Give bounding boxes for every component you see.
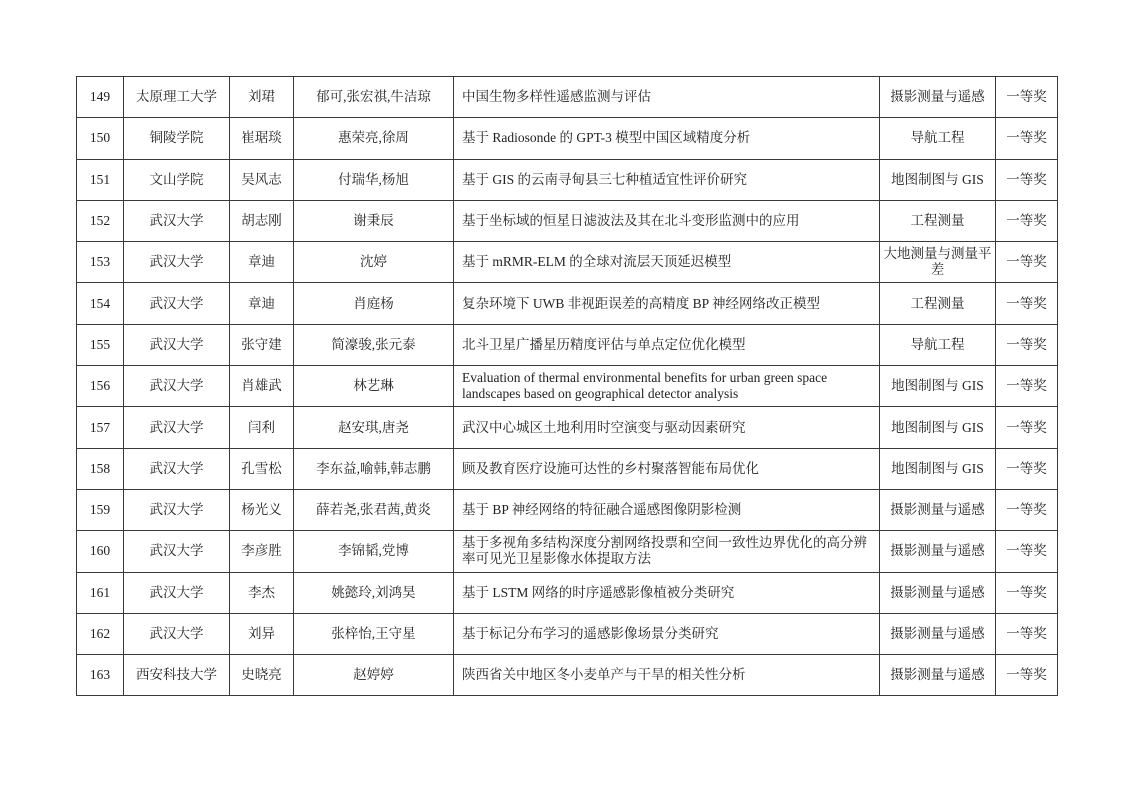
project-title: 基于 mRMR-ELM 的全球对流层天顶延迟模型: [454, 242, 880, 283]
row-number: 155: [77, 324, 124, 365]
team-members: 李锦韬,党博: [294, 531, 454, 572]
award-level: 一等奖: [996, 200, 1058, 241]
project-title: 基于标记分布学习的遥感影像场景分类研究: [454, 613, 880, 654]
award-level: 一等奖: [996, 77, 1058, 118]
advisor: 吴风志: [230, 159, 294, 200]
advisor: 孔雪松: [230, 448, 294, 489]
category: 导航工程: [880, 118, 996, 159]
row-number: 160: [77, 531, 124, 572]
category: 大地测量与测量平差: [880, 242, 996, 283]
document-page: 149 太原理工大学 刘珺 郁可,张宏祺,牛洁琼 中国生物多样性遥感监测与评估 …: [0, 0, 1123, 794]
team-members: 张梓怡,王守星: [294, 613, 454, 654]
team-members: 郁可,张宏祺,牛洁琼: [294, 77, 454, 118]
table-row: 161 武汉大学 李杰 姚懿玲,刘鸿昊 基于 LSTM 网络的时序遥感影像植被分…: [77, 572, 1058, 613]
advisor: 刘异: [230, 613, 294, 654]
project-title: 基于多视角多结构深度分割网络投票和空间一致性边界优化的高分辨率可见光卫星影像水体…: [454, 531, 880, 572]
school: 西安科技大学: [124, 655, 230, 696]
team-members: 赵安琪,唐尧: [294, 407, 454, 448]
row-number: 150: [77, 118, 124, 159]
row-number: 153: [77, 242, 124, 283]
award-level: 一等奖: [996, 489, 1058, 530]
category: 导航工程: [880, 324, 996, 365]
row-number: 161: [77, 572, 124, 613]
team-members: 简濠骏,张元泰: [294, 324, 454, 365]
advisor: 章迪: [230, 283, 294, 324]
category: 地图制图与 GIS: [880, 448, 996, 489]
advisor: 闫利: [230, 407, 294, 448]
award-level: 一等奖: [996, 324, 1058, 365]
school: 武汉大学: [124, 283, 230, 324]
table-row: 162 武汉大学 刘异 张梓怡,王守星 基于标记分布学习的遥感影像场景分类研究 …: [77, 613, 1058, 654]
school: 武汉大学: [124, 613, 230, 654]
row-number: 149: [77, 77, 124, 118]
advisor: 李杰: [230, 572, 294, 613]
advisor: 章迪: [230, 242, 294, 283]
project-title: 基于 BP 神经网络的特征融合遥感图像阴影检测: [454, 489, 880, 530]
project-title: 基于 GIS 的云南寻甸县三七种植适宜性评价研究: [454, 159, 880, 200]
table-row: 157 武汉大学 闫利 赵安琪,唐尧 武汉中心城区土地利用时空演变与驱动因素研究…: [77, 407, 1058, 448]
school: 武汉大学: [124, 572, 230, 613]
team-members: 姚懿玲,刘鸿昊: [294, 572, 454, 613]
award-level: 一等奖: [996, 572, 1058, 613]
award-level: 一等奖: [996, 655, 1058, 696]
team-members: 赵婷婷: [294, 655, 454, 696]
award-level: 一等奖: [996, 448, 1058, 489]
award-level: 一等奖: [996, 159, 1058, 200]
school: 武汉大学: [124, 407, 230, 448]
team-members: 肖庭杨: [294, 283, 454, 324]
school: 武汉大学: [124, 324, 230, 365]
school: 太原理工大学: [124, 77, 230, 118]
project-title: 武汉中心城区土地利用时空演变与驱动因素研究: [454, 407, 880, 448]
award-level: 一等奖: [996, 613, 1058, 654]
team-members: 谢秉辰: [294, 200, 454, 241]
award-level: 一等奖: [996, 407, 1058, 448]
category: 地图制图与 GIS: [880, 159, 996, 200]
advisor: 肖雄武: [230, 366, 294, 407]
award-level: 一等奖: [996, 366, 1058, 407]
table-row: 160 武汉大学 李彦胜 李锦韬,党博 基于多视角多结构深度分割网络投票和空间一…: [77, 531, 1058, 572]
row-number: 157: [77, 407, 124, 448]
award-level: 一等奖: [996, 242, 1058, 283]
school: 铜陵学院: [124, 118, 230, 159]
category: 工程测量: [880, 283, 996, 324]
school: 武汉大学: [124, 448, 230, 489]
category: 地图制图与 GIS: [880, 407, 996, 448]
project-title: 基于坐标域的恒星日滤波法及其在北斗变形监测中的应用: [454, 200, 880, 241]
category: 摄影测量与遥感: [880, 613, 996, 654]
category: 摄影测量与遥感: [880, 531, 996, 572]
table-row: 156 武汉大学 肖雄武 林艺琳 Evaluation of thermal e…: [77, 366, 1058, 407]
school: 武汉大学: [124, 531, 230, 572]
table-row: 155 武汉大学 张守建 简濠骏,张元泰 北斗卫星广播星历精度评估与单点定位优化…: [77, 324, 1058, 365]
category: 摄影测量与遥感: [880, 572, 996, 613]
team-members: 惠荣亮,徐周: [294, 118, 454, 159]
advisor: 张守建: [230, 324, 294, 365]
advisor: 杨光义: [230, 489, 294, 530]
table-row: 159 武汉大学 杨光义 薛若尧,张君茜,黄炎 基于 BP 神经网络的特征融合遥…: [77, 489, 1058, 530]
category: 工程测量: [880, 200, 996, 241]
advisor: 崔琚琰: [230, 118, 294, 159]
category: 摄影测量与遥感: [880, 655, 996, 696]
school: 文山学院: [124, 159, 230, 200]
row-number: 151: [77, 159, 124, 200]
project-title: 顾及教育医疗设施可达性的乡村聚落智能布局优化: [454, 448, 880, 489]
team-members: 沈婷: [294, 242, 454, 283]
school: 武汉大学: [124, 242, 230, 283]
row-number: 152: [77, 200, 124, 241]
table-row: 163 西安科技大学 史晓亮 赵婷婷 陕西省关中地区冬小麦单产与干旱的相关性分析…: [77, 655, 1058, 696]
table-row: 153 武汉大学 章迪 沈婷 基于 mRMR-ELM 的全球对流层天顶延迟模型 …: [77, 242, 1058, 283]
table-row: 149 太原理工大学 刘珺 郁可,张宏祺,牛洁琼 中国生物多样性遥感监测与评估 …: [77, 77, 1058, 118]
project-title: 北斗卫星广播星历精度评估与单点定位优化模型: [454, 324, 880, 365]
award-level: 一等奖: [996, 283, 1058, 324]
award-level: 一等奖: [996, 118, 1058, 159]
advisor: 李彦胜: [230, 531, 294, 572]
row-number: 156: [77, 366, 124, 407]
advisor: 史晓亮: [230, 655, 294, 696]
project-title: 陕西省关中地区冬小麦单产与干旱的相关性分析: [454, 655, 880, 696]
team-members: 李东益,喻韩,韩志鹏: [294, 448, 454, 489]
awards-table: 149 太原理工大学 刘珺 郁可,张宏祺,牛洁琼 中国生物多样性遥感监测与评估 …: [76, 76, 1058, 696]
table-row: 158 武汉大学 孔雪松 李东益,喻韩,韩志鹏 顾及教育医疗设施可达性的乡村聚落…: [77, 448, 1058, 489]
category: 地图制图与 GIS: [880, 366, 996, 407]
table-row: 154 武汉大学 章迪 肖庭杨 复杂环境下 UWB 非视距误差的高精度 BP 神…: [77, 283, 1058, 324]
advisor: 胡志刚: [230, 200, 294, 241]
table-row: 151 文山学院 吴风志 付瑞华,杨旭 基于 GIS 的云南寻甸县三七种植适宜性…: [77, 159, 1058, 200]
school: 武汉大学: [124, 200, 230, 241]
project-title: 复杂环境下 UWB 非视距误差的高精度 BP 神经网络改正模型: [454, 283, 880, 324]
team-members: 薛若尧,张君茜,黄炎: [294, 489, 454, 530]
row-number: 158: [77, 448, 124, 489]
project-title: 基于 LSTM 网络的时序遥感影像植被分类研究: [454, 572, 880, 613]
table-row: 152 武汉大学 胡志刚 谢秉辰 基于坐标域的恒星日滤波法及其在北斗变形监测中的…: [77, 200, 1058, 241]
school: 武汉大学: [124, 366, 230, 407]
school: 武汉大学: [124, 489, 230, 530]
row-number: 154: [77, 283, 124, 324]
row-number: 162: [77, 613, 124, 654]
category: 摄影测量与遥感: [880, 77, 996, 118]
team-members: 林艺琳: [294, 366, 454, 407]
advisor: 刘珺: [230, 77, 294, 118]
award-level: 一等奖: [996, 531, 1058, 572]
row-number: 159: [77, 489, 124, 530]
row-number: 163: [77, 655, 124, 696]
awards-table-body: 149 太原理工大学 刘珺 郁可,张宏祺,牛洁琼 中国生物多样性遥感监测与评估 …: [77, 77, 1058, 696]
team-members: 付瑞华,杨旭: [294, 159, 454, 200]
project-title: 中国生物多样性遥感监测与评估: [454, 77, 880, 118]
project-title: Evaluation of thermal environmental bene…: [454, 366, 880, 407]
project-title: 基于 Radiosonde 的 GPT-3 模型中国区域精度分析: [454, 118, 880, 159]
category: 摄影测量与遥感: [880, 489, 996, 530]
table-row: 150 铜陵学院 崔琚琰 惠荣亮,徐周 基于 Radiosonde 的 GPT-…: [77, 118, 1058, 159]
